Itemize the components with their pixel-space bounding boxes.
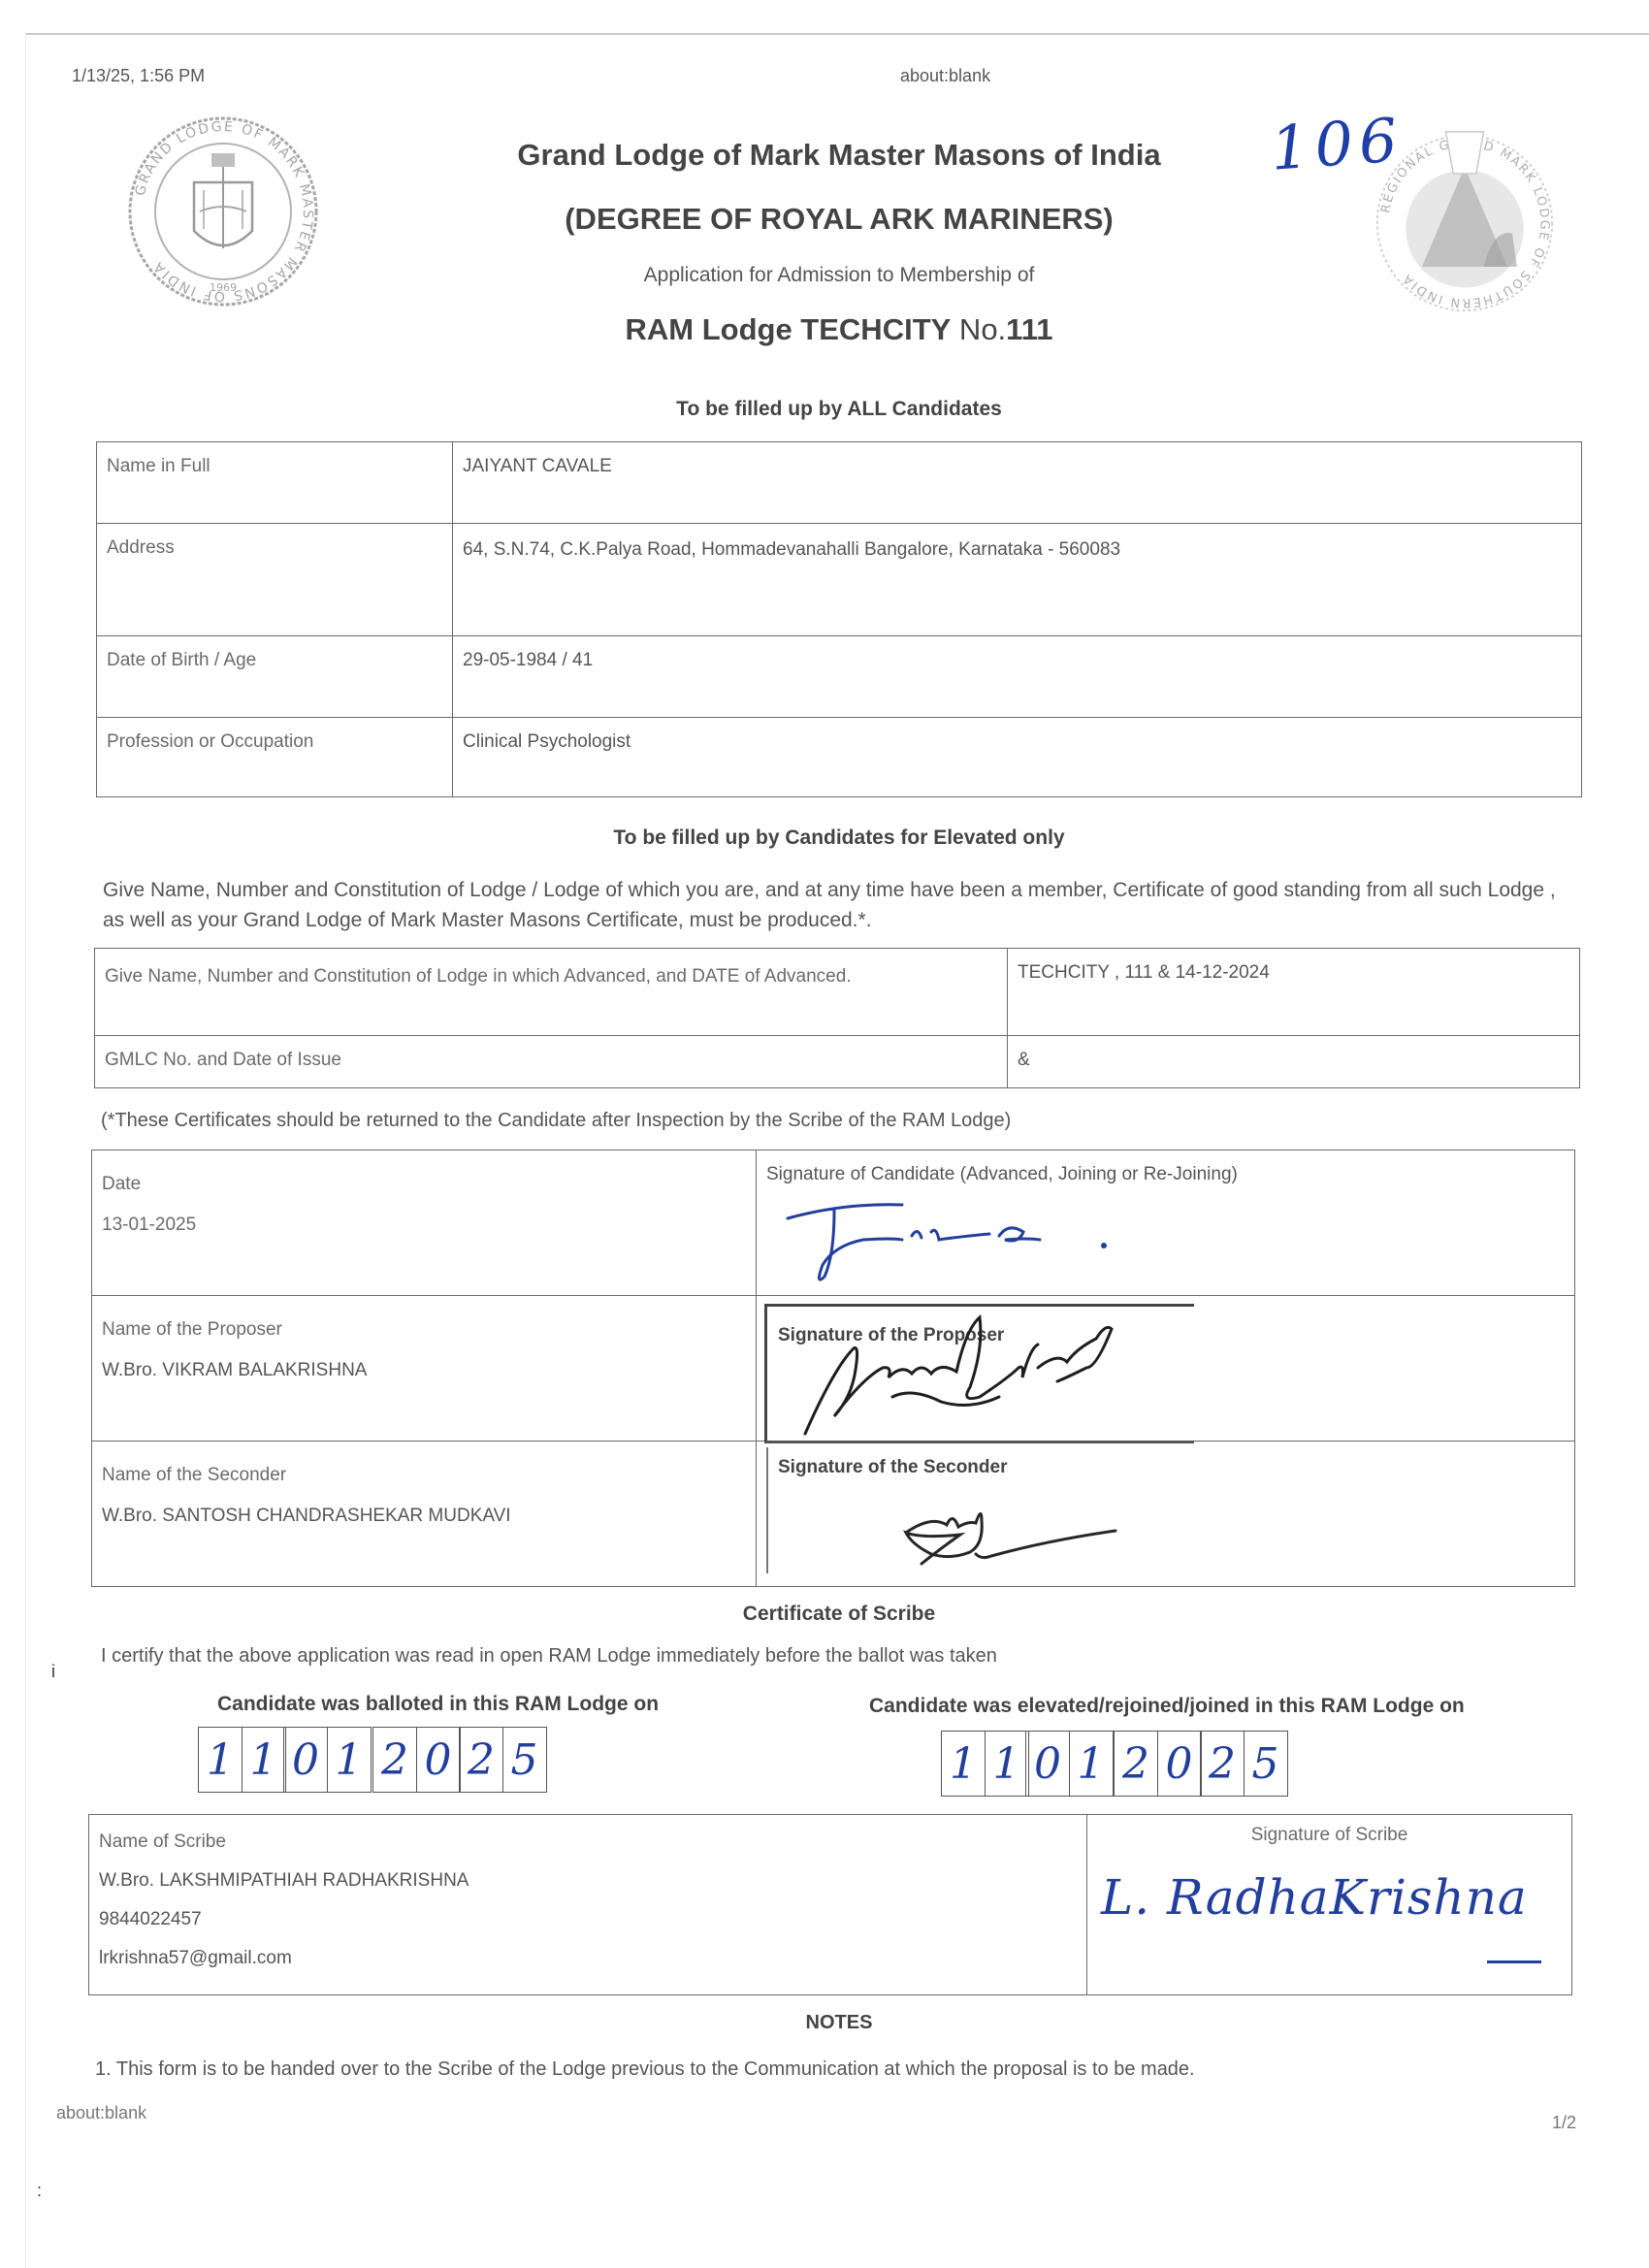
digit-box: 5 xyxy=(1244,1731,1288,1797)
name-value: JAIYANT CAVALE xyxy=(453,442,1582,524)
address-value: 64, S.N.74, C.K.Palya Road, Hommadevanah… xyxy=(453,524,1582,636)
proposer-name: W.Bro. VIKRAM BALAKRISHNA xyxy=(102,1350,746,1391)
name-label: Name in Full xyxy=(97,442,453,524)
digit-box: 2 xyxy=(1200,1731,1245,1797)
seconder-signature-label: Signature of the Seconder xyxy=(778,1457,1007,1478)
elevated-month-boxes: 0 1 xyxy=(1025,1731,1112,1797)
degree-title: (DEGREE OF ROYAL ARK MARINERS) xyxy=(0,202,1649,237)
gmlc-value: & xyxy=(1008,1036,1580,1088)
scribe-table: Name of Scribe W.Bro. LAKSHMIPATHIAH RAD… xyxy=(88,1814,1572,1995)
proposer-label: Name of the Proposer xyxy=(102,1310,746,1350)
dob-value: 29-05-1984 / 41 xyxy=(453,636,1582,718)
footer-url: about:blank xyxy=(56,2103,146,2123)
scribe-email: lrkrishna57@gmail.com xyxy=(99,1939,1077,1978)
balloted-year-boxes: 2 0 2 5 xyxy=(372,1727,545,1793)
digit-box: 0 xyxy=(1157,1731,1202,1797)
scribe-name-label: Name of Scribe xyxy=(99,1823,1077,1862)
date-label: Date xyxy=(102,1164,746,1205)
balloted-label: Candidate was balloted in this RAM Lodge… xyxy=(217,1693,659,1716)
profession-value: Clinical Psychologist xyxy=(453,718,1582,797)
gmlc-label: GMLC No. and Date of Issue xyxy=(95,1036,1008,1088)
section-all-heading: To be filled up by ALL Candidates xyxy=(0,398,1649,421)
digit-box: 0 xyxy=(416,1727,461,1793)
scribe-certificate-heading: Certificate of Scribe xyxy=(0,1603,1649,1626)
elevated-instructions: Give Name, Number and Constitution of Lo… xyxy=(103,875,1577,935)
digit-box: 1 xyxy=(198,1727,242,1793)
print-datetime: 1/13/25, 1:56 PM xyxy=(72,66,205,86)
dob-label: Date of Birth / Age xyxy=(97,636,453,718)
table-row: Profession or Occupation Clinical Psycho… xyxy=(97,718,1582,797)
address-label: Address xyxy=(97,524,453,636)
scribe-signature-label: Signature of Scribe xyxy=(1097,1825,1562,1846)
candidate-signature-label: Signature of Candidate (Advanced, Joinin… xyxy=(766,1164,1565,1185)
elevated-label: Candidate was elevated/rejoined/joined i… xyxy=(869,1695,1465,1718)
table-row: Name of Scribe W.Bro. LAKSHMIPATHIAH RAD… xyxy=(89,1815,1572,1995)
digit-box: 1 xyxy=(327,1727,372,1793)
seconder-label: Name of the Seconder xyxy=(102,1455,746,1496)
scribe-phone: 9844022457 xyxy=(99,1900,1077,1939)
balloted-day-boxes: 1 1 xyxy=(198,1727,284,1793)
seconder-name: W.Bro. SANTOSH CHANDRASHEKAR MUDKAVI xyxy=(102,1496,746,1537)
digit-box: 0 xyxy=(283,1727,328,1793)
scribe-statement: I certify that the above application was… xyxy=(101,1641,997,1671)
elevated-year-boxes: 2 0 2 5 xyxy=(1114,1731,1286,1797)
section-elevated-heading: To be filled up by Candidates for Elevat… xyxy=(0,826,1649,850)
form-subtitle: Application for Admission to Membership … xyxy=(0,264,1649,287)
digit-box: 1 xyxy=(985,1731,1029,1797)
advanced-lodge-label: Give Name, Number and Constitution of Lo… xyxy=(95,949,1008,1036)
proposer-signature-icon xyxy=(776,1310,1183,1436)
scribe-signature-icon: L. RadhaKrishna xyxy=(1101,1869,1528,1926)
table-row: GMLC No. and Date of Issue & xyxy=(95,1036,1580,1088)
scan-mark: : xyxy=(37,2181,42,2201)
notes-heading: NOTES xyxy=(0,2012,1649,2034)
digit-box: 2 xyxy=(459,1727,503,1793)
lodge-no-prefix: No. xyxy=(951,312,1006,346)
scribe-name: W.Bro. LAKSHMIPATHIAH RADHAKRISHNA xyxy=(99,1862,1077,1900)
seconder-signature-icon xyxy=(902,1506,1251,1583)
lodge-number: 111 xyxy=(1006,312,1052,346)
certificates-footnote: (*These Certificates should be returned … xyxy=(101,1106,1011,1136)
footer-page-number: 1/2 xyxy=(1552,2113,1576,2133)
advanced-lodge-value: TECHCITY , 111 & 14-12-2024 xyxy=(1008,949,1580,1036)
candidate-signature-icon xyxy=(786,1197,1154,1284)
scan-mark: i xyxy=(51,1662,55,1682)
lodge-name: RAM Lodge TECHCITY xyxy=(626,312,952,346)
note-item: 1. This form is to be handed over to the… xyxy=(95,2055,1195,2085)
digit-box: 0 xyxy=(1025,1731,1070,1797)
digit-box: 1 xyxy=(941,1731,986,1797)
table-row: Date 13-01-2025 Signature of Candidate (… xyxy=(92,1150,1575,1296)
table-row: Name of the Seconder W.Bro. SANTOSH CHAN… xyxy=(92,1442,1575,1587)
elevated-day-boxes: 1 1 xyxy=(941,1731,1027,1797)
digit-box: 1 xyxy=(242,1727,286,1793)
table-row: Name of the Proposer W.Bro. VIKRAM BALAK… xyxy=(92,1296,1575,1442)
digit-box: 2 xyxy=(1114,1731,1158,1797)
lodge-title: RAM Lodge TECHCITY No.111 xyxy=(0,312,1649,347)
digit-box: 2 xyxy=(372,1727,417,1793)
signatures-table: Date 13-01-2025 Signature of Candidate (… xyxy=(91,1150,1575,1587)
balloted-month-boxes: 0 1 xyxy=(283,1727,370,1793)
org-title: Grand Lodge of Mark Master Masons of Ind… xyxy=(0,138,1649,173)
elevated-details-table: Give Name, Number and Constitution of Lo… xyxy=(94,948,1580,1088)
candidate-details-table: Name in Full JAIYANT CAVALE Address 64, … xyxy=(96,441,1582,797)
print-url: about:blank xyxy=(900,66,990,86)
table-row: Address 64, S.N.74, C.K.Palya Road, Homm… xyxy=(97,524,1582,636)
signature-underline xyxy=(1487,1960,1541,1963)
table-row: Date of Birth / Age 29-05-1984 / 41 xyxy=(97,636,1582,718)
profession-label: Profession or Occupation xyxy=(97,718,453,797)
digit-box: 5 xyxy=(502,1727,547,1793)
table-row: Give Name, Number and Constitution of Lo… xyxy=(95,949,1580,1036)
digit-box: 1 xyxy=(1069,1731,1114,1797)
table-row: Name in Full JAIYANT CAVALE xyxy=(97,442,1582,524)
date-value: 13-01-2025 xyxy=(102,1205,746,1246)
